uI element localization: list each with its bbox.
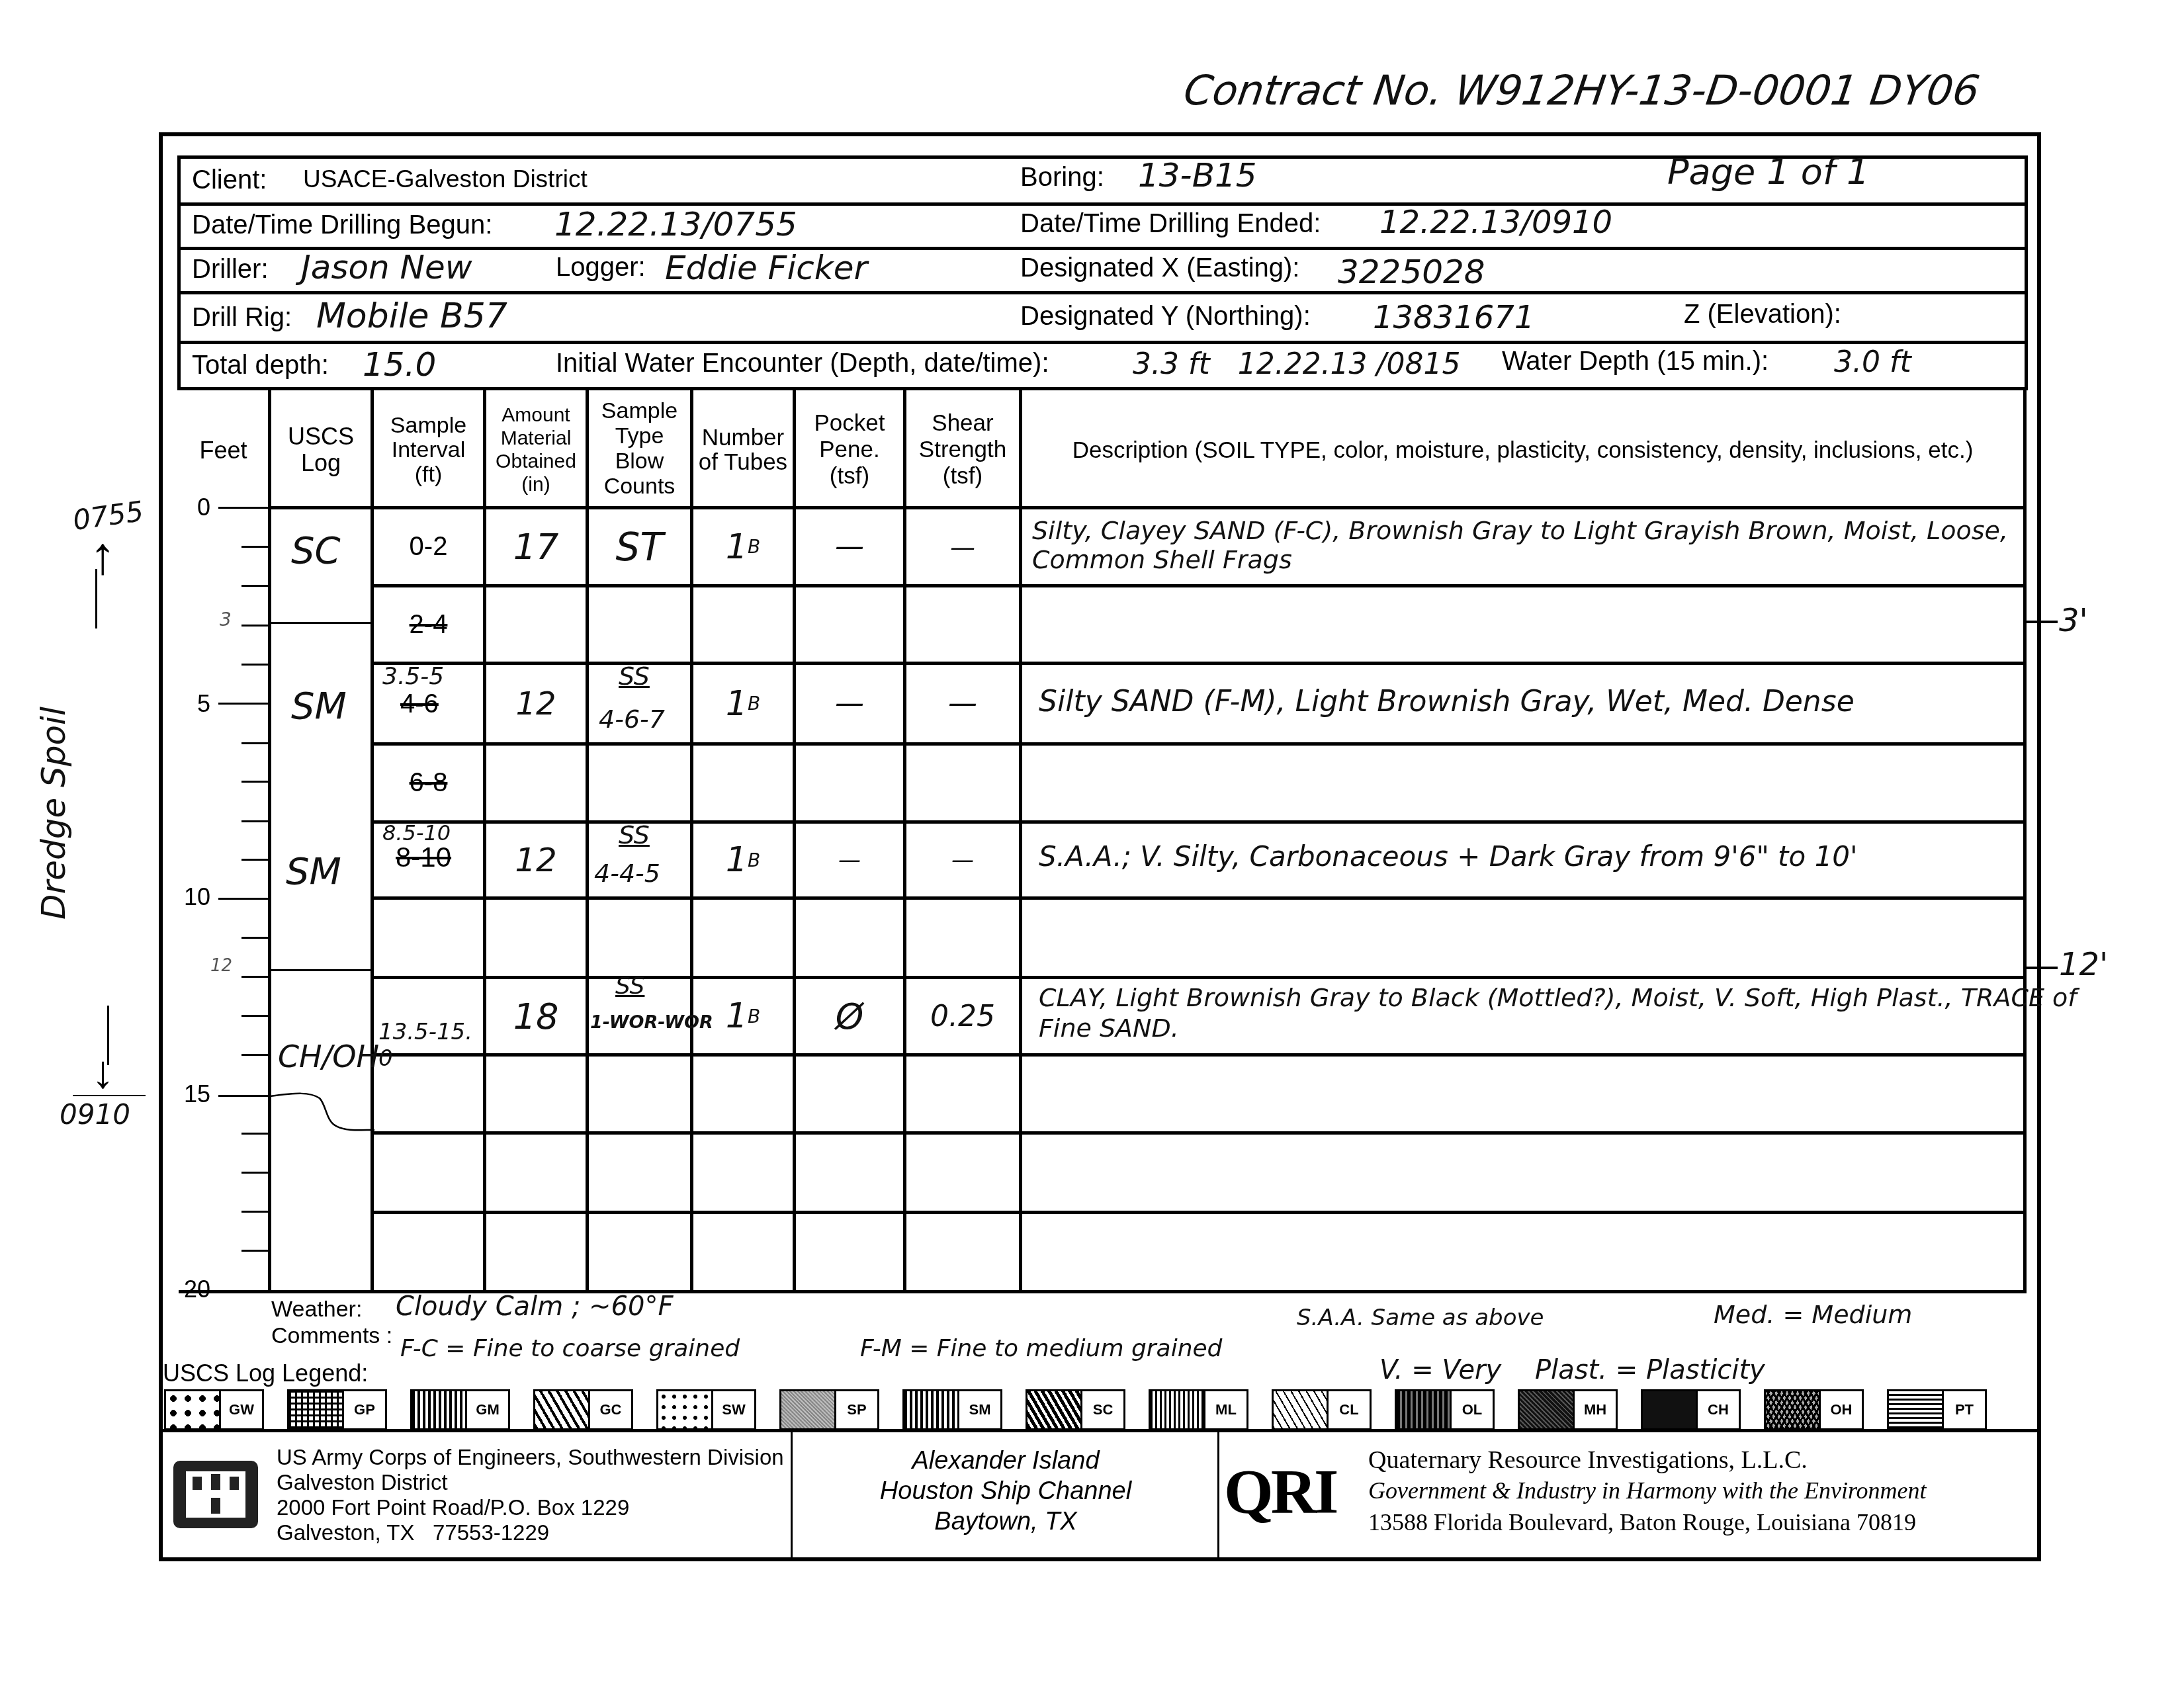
row1-type: ST xyxy=(589,509,690,584)
row3-tubes: 1B xyxy=(693,665,793,742)
legend-pattern-diagonal xyxy=(535,1391,588,1428)
col-header-interval: Sample Interval (ft) xyxy=(374,394,483,506)
client-label: Client: xyxy=(192,165,267,195)
qri-line-3: 13588 Florida Boulevard, Baton Rouge, Lo… xyxy=(1368,1508,1916,1536)
easting-value: 3225028 xyxy=(1338,253,1485,291)
col-header-type: Sample Type Blow Counts xyxy=(589,390,690,506)
drilling-ended-value: 12.22.13/0910 xyxy=(1379,204,1612,241)
legend-label: USCS Log Legend: xyxy=(163,1360,368,1387)
legend-item-oh: OH xyxy=(1764,1389,1864,1430)
depth-marker-12ft: 12' xyxy=(2059,946,2108,983)
legend-code: CH xyxy=(1696,1391,1739,1428)
depth-marker-3ft: 3' xyxy=(2059,602,2088,639)
row2-interval-struck: 2-4 xyxy=(374,587,483,662)
comment-fm: F-M = Fine to medium grained xyxy=(860,1335,1222,1362)
row3-pocket: — xyxy=(796,665,903,742)
legend-pattern-stipple xyxy=(781,1391,834,1428)
drill-rig-value: Mobile B57 xyxy=(316,296,507,336)
row7-description: CLAY, Light Brownish Gray to Black (Mott… xyxy=(1039,982,2124,1043)
legend-pattern-vertical xyxy=(1151,1391,1203,1428)
site-line-1: Alexander Island xyxy=(794,1446,1217,1476)
comment-v: V. = Very xyxy=(1379,1355,1501,1385)
legend-item-gp: GP xyxy=(287,1389,387,1430)
water-depth-value: 3.0 ft xyxy=(1834,345,1911,379)
logger-value: Eddie Ficker xyxy=(665,249,867,287)
water-encounter-value: 3.3 ft 12.22.13 /0815 xyxy=(1133,347,1460,381)
row3-amount: 12 xyxy=(486,665,586,742)
usace-line-1: US Army Corps of Engineers, Southwestern… xyxy=(277,1444,784,1471)
row5-shear: — xyxy=(906,824,1019,896)
legend-code: SP xyxy=(834,1391,877,1428)
row1-description: Silty, Clayey SAND (F-C), Brownish Gray … xyxy=(1032,516,2018,574)
row7-interval: 13.5-15.0 xyxy=(378,1019,478,1072)
col-header-description: Description (SOIL TYPE, color, moisture,… xyxy=(1022,394,2023,506)
driller-label: Driller: xyxy=(192,255,269,284)
legend-item-ol: OL xyxy=(1395,1389,1495,1430)
usace-line-4: Galveston, TX 77553-1229 xyxy=(277,1519,549,1547)
qri-line-1: Quaternary Resource Investigations, L.L.… xyxy=(1368,1446,1808,1475)
col-header-pocket: Pocket Pene. (tsf) xyxy=(796,394,903,506)
row3-description: Silty SAND (F-M), Light Brownish Gray, W… xyxy=(1039,685,2018,718)
legend-pattern-grid-dots xyxy=(289,1391,342,1428)
site-line-2: Houston Ship Channel xyxy=(794,1476,1217,1506)
legend-item-sw: SW xyxy=(656,1389,756,1430)
client-value: USACE-Galveston District xyxy=(303,165,588,193)
legend-item-gc: GC xyxy=(533,1389,633,1430)
row3-type: SS xyxy=(619,662,650,691)
up-arrow-icon: ↑ xyxy=(89,529,116,582)
qri-logo: QRI xyxy=(1224,1459,1336,1525)
elevation-label: Z (Elevation): xyxy=(1684,300,1841,329)
comments-label: Comments : xyxy=(271,1323,392,1349)
col-header-uscs: USCS Log xyxy=(271,394,371,506)
margin-end-time: 0910 xyxy=(60,1098,130,1131)
legend-item-mh: MH xyxy=(1518,1389,1618,1430)
row5-description: S.A.A.; V. Silty, Carbonaceous + Dark Gr… xyxy=(1039,840,2018,873)
uscs-boundary-12ft xyxy=(270,969,371,971)
page-number: Page 1 of 1 xyxy=(1667,151,1869,193)
legend-code: GM xyxy=(465,1391,508,1428)
feet-tick-15: 15 xyxy=(171,1080,210,1108)
row7-type: SS xyxy=(615,973,644,1000)
legend-item-sc: SC xyxy=(1026,1389,1125,1430)
row3-interval-struck: 4-6 xyxy=(400,689,439,719)
legend-code: MH xyxy=(1573,1391,1616,1428)
northing-value: 13831671 xyxy=(1373,299,1534,336)
legend-code: PT xyxy=(1942,1391,1985,1428)
comment-plast: Plast. = Plasticity xyxy=(1535,1355,1765,1385)
site-info: Alexander Island Houston Ship Channel Ba… xyxy=(794,1446,1217,1537)
legend-code: SM xyxy=(957,1391,1000,1428)
logger-label: Logger: xyxy=(556,253,646,282)
feet-tick-0: 0 xyxy=(171,494,210,521)
water-depth-label: Water Depth (15 min.): xyxy=(1502,347,1769,376)
row4-interval-struck: 6-8 xyxy=(374,746,483,820)
drilling-ended-label: Date/Time Drilling Ended: xyxy=(1020,209,1321,239)
legend-item-pt: PT xyxy=(1887,1389,1987,1430)
water-encounter-label: Initial Water Encounter (Depth, date/tim… xyxy=(556,349,1049,378)
up-arrow-shaft xyxy=(95,569,97,628)
usace-line-3: 2000 Fort Point Road/P.O. Box 1229 xyxy=(277,1494,629,1522)
legend-item-gw: GW xyxy=(164,1389,264,1430)
row5-interval-struck: 8-10 xyxy=(396,842,451,873)
legend-pattern-vertical-dark xyxy=(1397,1391,1450,1428)
legend-pattern-solid-dark xyxy=(1643,1391,1696,1428)
contract-number: Contract No. W912HY-13-D-0001 DY06 xyxy=(1181,66,1983,114)
legend-pattern-diagonal-light xyxy=(1274,1391,1327,1428)
legend-pattern-diagonal-dense xyxy=(1027,1391,1080,1428)
legend-code: SW xyxy=(711,1391,754,1428)
drilling-begun-label: Date/Time Drilling Begun: xyxy=(192,210,492,240)
row5-pocket: — xyxy=(796,824,903,896)
col-header-tubes: Number of Tubes xyxy=(693,394,793,506)
legend-pattern-crosshatch xyxy=(1766,1391,1819,1428)
usace-line-2: Galveston District xyxy=(277,1469,448,1496)
col-header-amount: Amount Material Obtained (in) xyxy=(486,394,586,506)
feet-handwritten-12: 12 xyxy=(210,956,232,976)
weather-label: Weather: xyxy=(271,1297,362,1322)
row5-amount: 12 xyxy=(486,824,586,896)
uscs-boundary-15ft xyxy=(270,1085,376,1138)
margin-vertical-note: Dredge Spoil xyxy=(34,707,73,920)
legend-pattern-dots-large xyxy=(166,1391,219,1428)
legend-code: OH xyxy=(1819,1391,1862,1428)
weather-value: Cloudy Calm ; ~60°F xyxy=(396,1291,674,1322)
row7-amount: 18 xyxy=(486,979,586,1053)
legend-code: SC xyxy=(1080,1391,1123,1428)
col-header-shear: Shear Strength (tsf) xyxy=(906,394,1019,506)
uscs-layer-ch-oh: CH/OH xyxy=(278,1039,379,1074)
feet-tick-5: 5 xyxy=(171,690,210,718)
northing-label: Designated Y (Northing): xyxy=(1020,302,1311,331)
uscs-layer-sm-2: SM xyxy=(286,850,341,893)
legend-code: OL xyxy=(1450,1391,1493,1428)
row5-blows: 4-4-5 xyxy=(594,859,660,888)
row1-tubes: 1B xyxy=(693,509,793,584)
feet-tick-10: 10 xyxy=(171,883,210,911)
uscs-layer-sm-1: SM xyxy=(291,685,347,728)
row1-shear: — xyxy=(906,509,1019,584)
drilling-begun-value: 12.22.13/0755 xyxy=(554,205,797,243)
site-line-3: Baytown, TX xyxy=(794,1506,1217,1537)
uscs-layer-sc: SC xyxy=(291,529,341,572)
legend-code: GP xyxy=(342,1391,385,1428)
legend-pattern-vertical-dense xyxy=(412,1391,465,1428)
legend-code: GC xyxy=(588,1391,631,1428)
row7-tubes: 1B xyxy=(693,979,793,1053)
total-depth-label: Total depth: xyxy=(192,351,329,380)
legend-item-gm: GM xyxy=(410,1389,510,1430)
row3-blows: 4-6-7 xyxy=(599,705,665,734)
legend-code: GW xyxy=(219,1391,262,1428)
comment-saa: S.A.A. Same as above xyxy=(1297,1305,1544,1331)
legend-pattern-vertical-dense xyxy=(904,1391,957,1428)
comment-fc: F-C = Fine to coarse grained xyxy=(400,1335,740,1362)
comment-med: Med. = Medium xyxy=(1714,1300,1912,1329)
down-arrow-base xyxy=(73,1095,146,1096)
row5-tubes: 1B xyxy=(693,824,793,896)
boring-value: 13-B15 xyxy=(1138,156,1257,195)
down-arrow-icon: ↓ xyxy=(91,1049,114,1095)
row1-interval: 0-2 xyxy=(374,509,483,584)
row5-type: SS xyxy=(619,820,650,849)
row1-amount: 17 xyxy=(486,509,586,584)
usace-castle-logo xyxy=(173,1461,258,1528)
feet-handwritten-3: 3 xyxy=(220,609,232,630)
legend-item-sp: SP xyxy=(779,1389,879,1430)
legend-item-sm: SM xyxy=(902,1389,1002,1430)
legend-pattern-horizontal xyxy=(1889,1391,1942,1428)
row3-shear: — xyxy=(906,665,1019,742)
total-depth-value: 15.0 xyxy=(363,345,436,384)
legend-code: ML xyxy=(1203,1391,1246,1428)
legend-pattern-dark-stipple xyxy=(1520,1391,1573,1428)
boring-label: Boring: xyxy=(1020,163,1104,193)
legend-item-cl: CL xyxy=(1272,1389,1372,1430)
driller-value: Jason New xyxy=(301,248,472,286)
feet-tick-20: 20 xyxy=(171,1276,210,1303)
row1-pocket: — xyxy=(796,509,903,584)
drill-rig-label: Drill Rig: xyxy=(192,303,292,333)
legend-pattern-dots-small xyxy=(658,1391,711,1428)
legend-item-ml: ML xyxy=(1149,1389,1248,1430)
row7-shear: 0.25 xyxy=(906,979,1019,1053)
easting-label: Designated X (Easting): xyxy=(1020,253,1299,283)
legend-code: CL xyxy=(1327,1391,1370,1428)
row3-interval: 3.5-5 xyxy=(382,663,444,690)
qri-line-2: Government & Industry in Harmony with th… xyxy=(1368,1477,1927,1504)
row7-pocket: Ø xyxy=(796,979,903,1053)
legend-item-ch: CH xyxy=(1641,1389,1741,1430)
col-header-feet: Feet xyxy=(179,394,268,506)
uscs-boundary-3ft xyxy=(270,622,371,624)
